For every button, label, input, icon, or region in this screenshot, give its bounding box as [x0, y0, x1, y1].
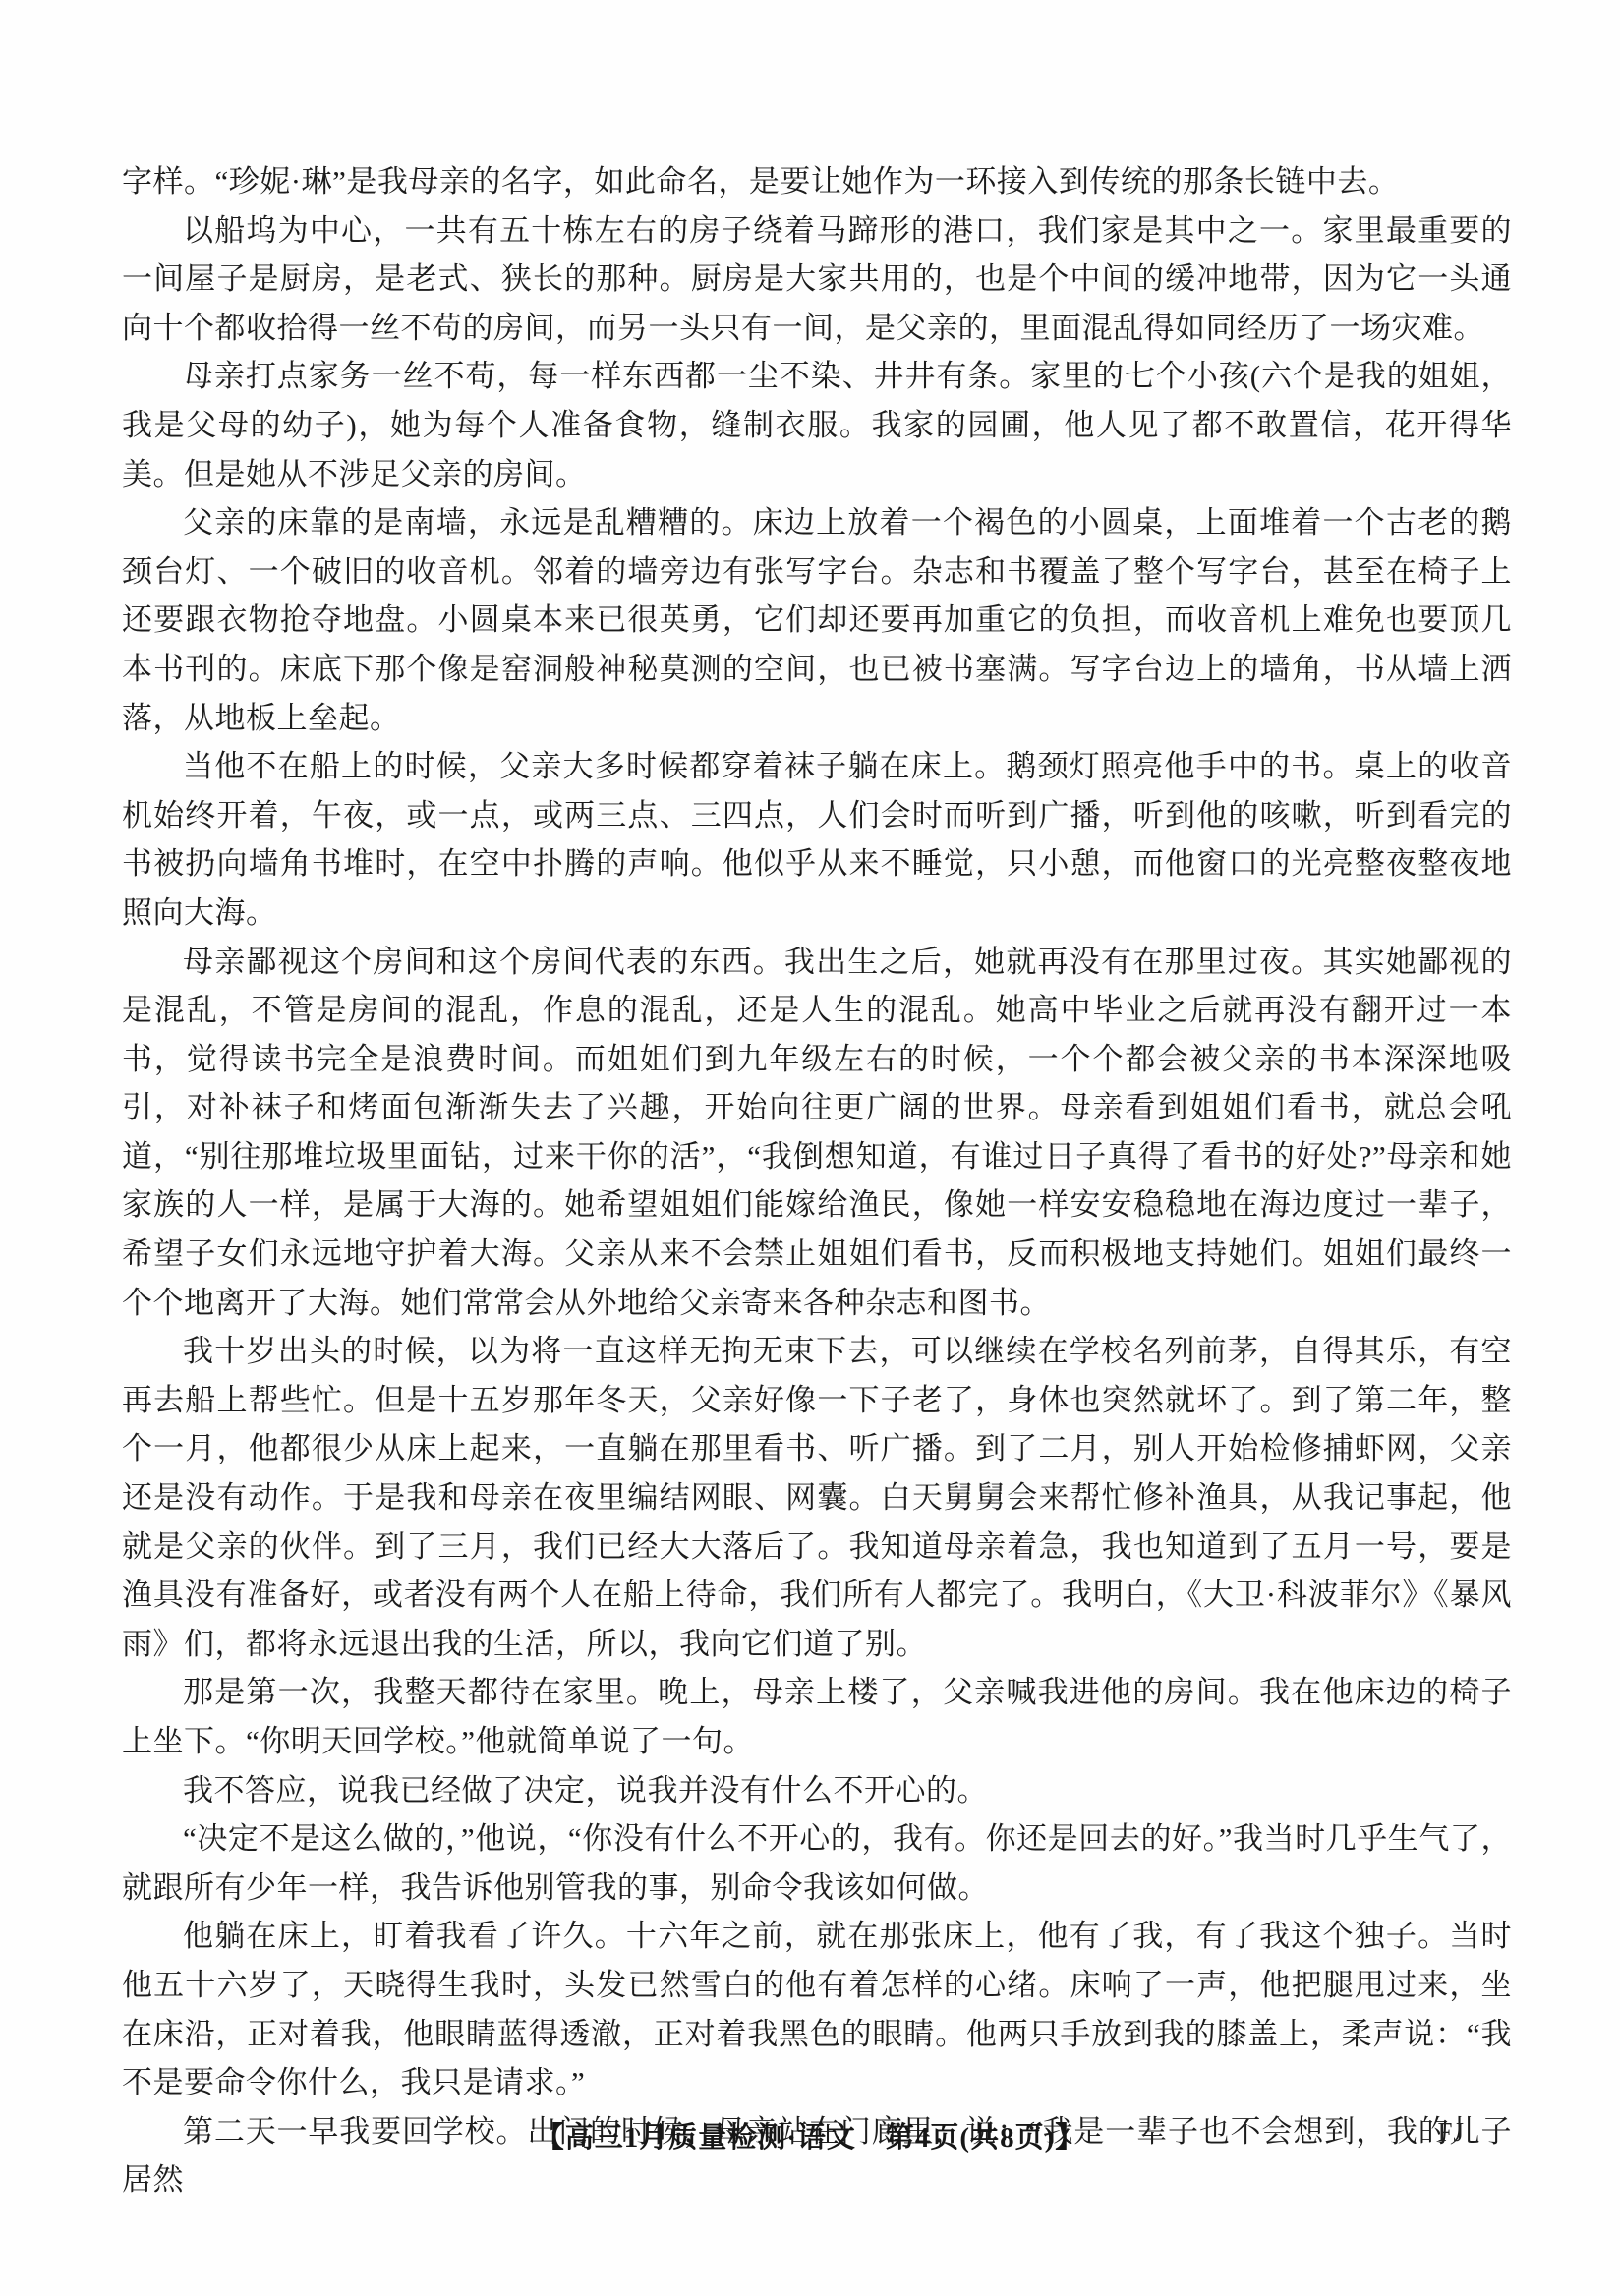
body-paragraph: 父亲的床靠的是南墙，永远是乱糟糟的。床边上放着一个褐色的小圆桌，上面堆着一个古老…	[122, 498, 1512, 742]
text-body: 字样。“珍妮·琳”是我母亲的名字，如此命名，是要让她作为一环接入到传统的那条长链…	[122, 157, 1512, 2205]
page-footer: 【高三1月质量检测·语文 第4页(共8页)】 FJ	[0, 2115, 1620, 2174]
footer-code: FJ	[1437, 2117, 1465, 2148]
body-paragraph: 母亲打点家务一丝不苟，每一样东西都一尘不染、井井有条。家里的七个小孩(六个是我的…	[122, 352, 1512, 498]
body-paragraph: 母亲鄙视这个房间和这个房间代表的东西。我出生之后，她就再没有在那里过夜。其实她鄙…	[122, 938, 1512, 1328]
body-paragraph: 我十岁出头的时候，以为将一直这样无拘无束下去，可以继续在学校名列前茅，自得其乐，…	[122, 1327, 1512, 1668]
body-paragraph: 以船坞为中心，一共有五十栋左右的房子绕着马蹄形的港口，我们家是其中之一。家里最重…	[122, 206, 1512, 353]
body-paragraph: 字样。“珍妮·琳”是我母亲的名字，如此命名，是要让她作为一环接入到传统的那条长链…	[122, 157, 1512, 206]
body-paragraph: “决定不是这么做的，”他说，“你没有什么不开心的，我有。你还是回去的好。”我当时…	[122, 1814, 1512, 1912]
footer-text: 【高三1月质量检测·语文 第4页(共8页)】	[0, 2115, 1620, 2155]
page: 字样。“珍妮·琳”是我母亲的名字，如此命名，是要让她作为一环接入到传统的那条长链…	[0, 0, 1620, 2296]
body-paragraph: 我不答应，说我已经做了决定，说我并没有什么不开心的。	[122, 1766, 1512, 1815]
body-paragraph: 当他不在船上的时候，父亲大多时候都穿着袜子躺在床上。鹅颈灯照亮他手中的书。桌上的…	[122, 742, 1512, 937]
body-paragraph: 那是第一次，我整天都待在家里。晚上，母亲上楼了，父亲喊我进他的房间。我在他床边的…	[122, 1668, 1512, 1765]
body-paragraph: 他躺在床上，盯着我看了许久。十六年之前，就在那张床上，他有了我，有了我这个独子。…	[122, 1912, 1512, 2106]
